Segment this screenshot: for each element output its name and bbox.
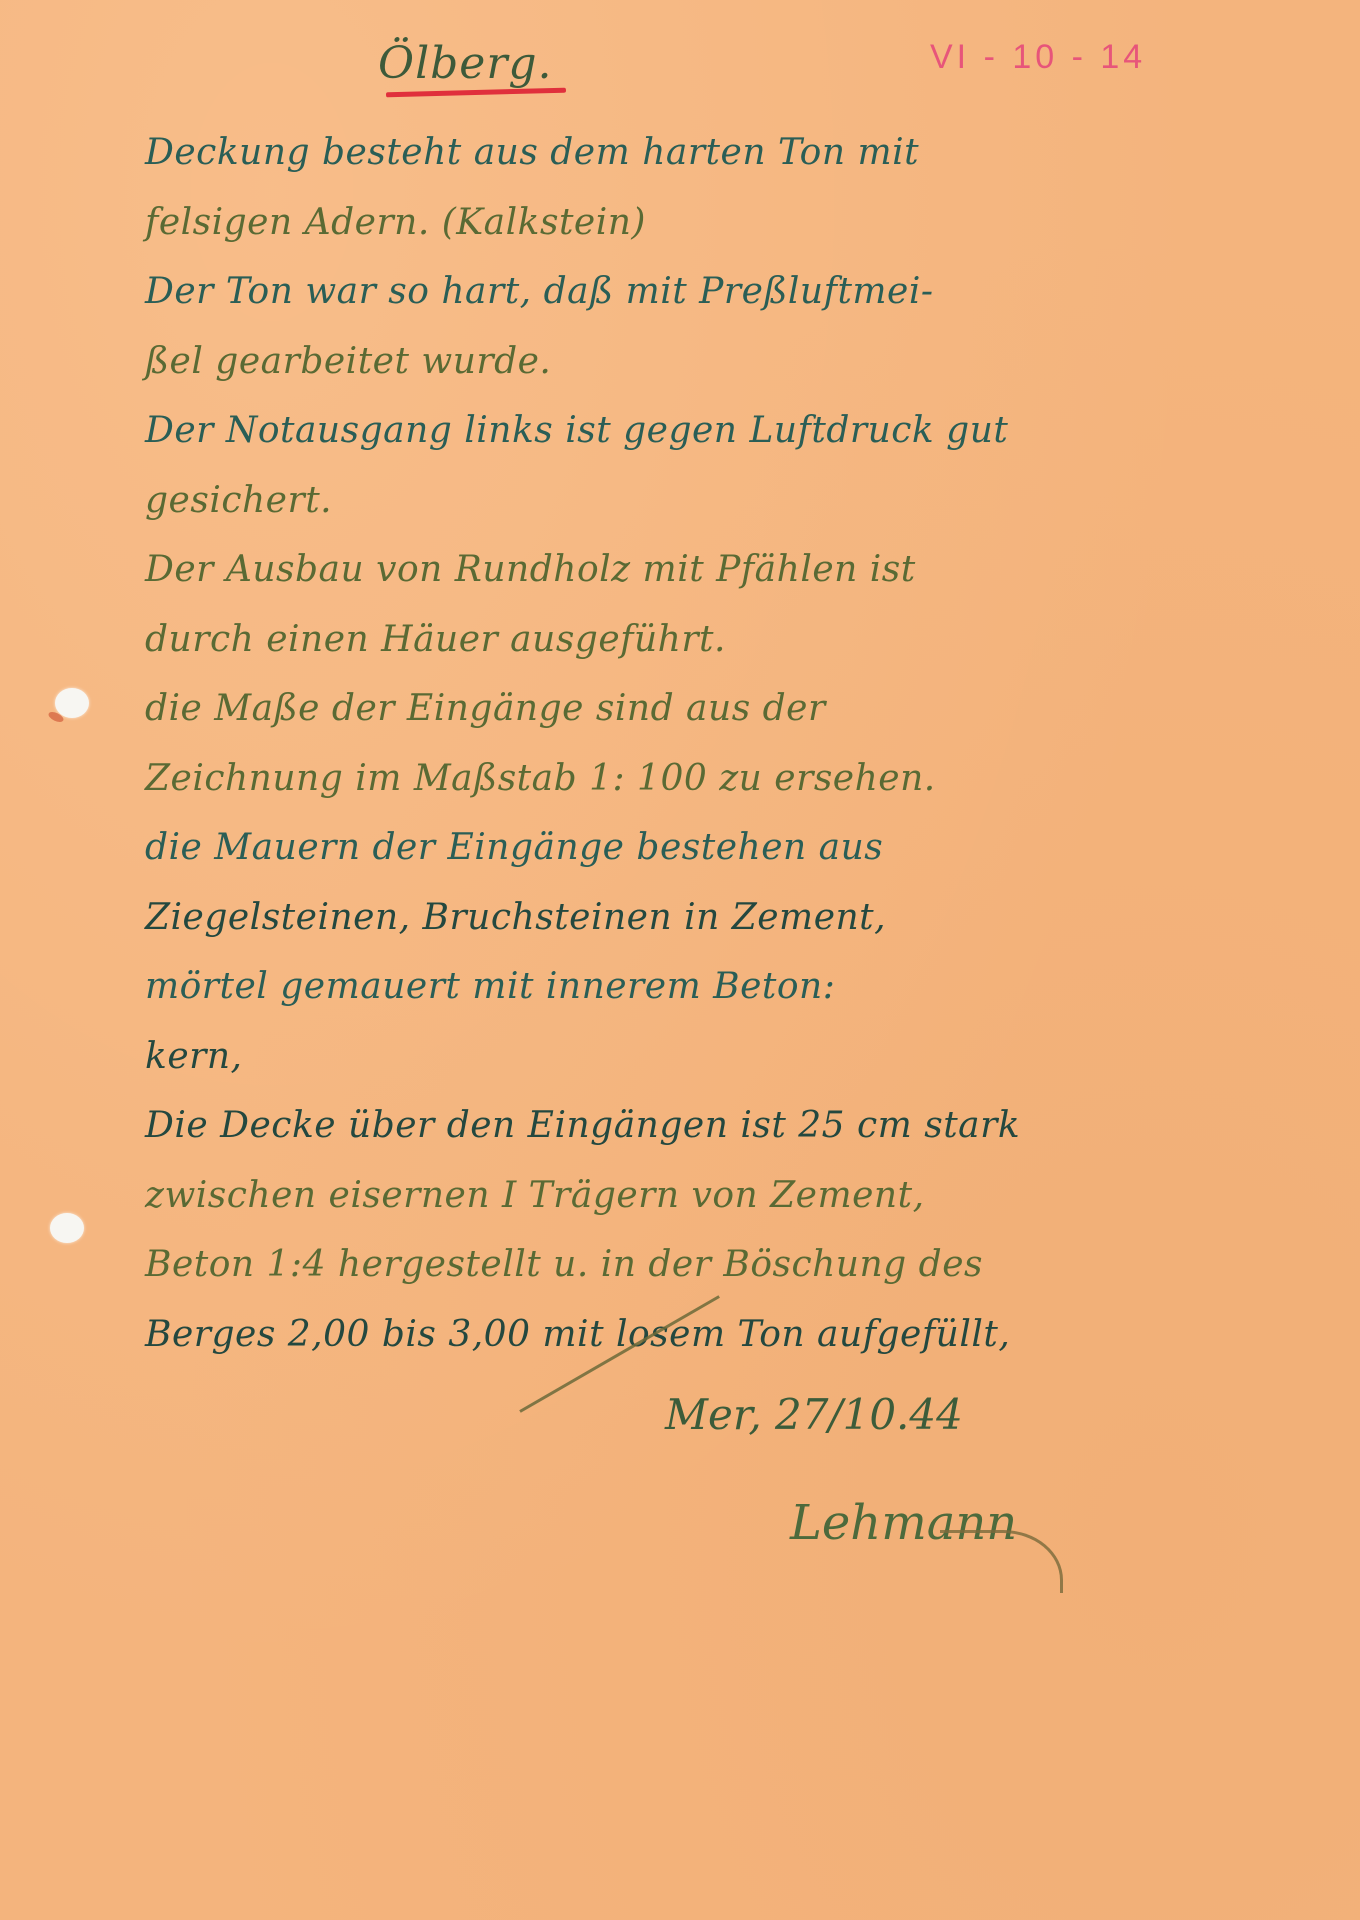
text-line: Zeichnung im Maßstab 1: 100 zu ersehen. (145, 744, 1345, 814)
text-line: die Maße der Eingänge sind aus der (145, 674, 1345, 744)
text-line: Ziegelsteinen, Bruchsteinen in Zement, (145, 883, 1345, 953)
place-date: Mer, 27/10.44 (665, 1390, 963, 1439)
title-underline (386, 88, 566, 98)
text-line: ßel gearbeitet wurde. (145, 327, 1345, 397)
text-line: Beton 1:4 hergestellt u. in der Böschung… (145, 1230, 1345, 1300)
text-line: zwischen eisernen I Trägern von Zement, (145, 1161, 1345, 1231)
document-title: Ölberg. (378, 38, 553, 89)
reference-number: VI - 10 - 14 (930, 38, 1146, 77)
text-line: durch einen Häuer ausgeführt. (145, 605, 1345, 675)
signature-flourish (940, 1530, 1063, 1593)
punch-hole-top (55, 688, 89, 718)
text-line: Der Ausbau von Rundholz mit Pfählen ist (145, 535, 1345, 605)
text-line: Der Notausgang links ist gegen Luftdruck… (145, 396, 1345, 466)
text-line: Berges 2,00 bis 3,00 mit losem Ton aufge… (145, 1300, 1345, 1370)
text-line: gesichert. (145, 466, 1345, 536)
text-line: Die Decke über den Eingängen ist 25 cm s… (145, 1091, 1345, 1161)
text-line: mörtel gemauert mit innerem Beton: (145, 952, 1345, 1022)
text-line: kern, (145, 1022, 1345, 1092)
punch-hole-bottom (50, 1213, 84, 1243)
text-line: die Mauern der Eingänge bestehen aus (145, 813, 1345, 883)
text-line: felsigen Adern. (Kalkstein) (145, 188, 1345, 258)
text-line: Der Ton war so hart, daß mit Preßluftmei… (145, 257, 1345, 327)
document-page: Ölberg. VI - 10 - 14 Deckung besteht aus… (0, 0, 1360, 1920)
handwritten-body: Deckung besteht aus dem harten Ton mit f… (145, 118, 1345, 1369)
text-line: Deckung besteht aus dem harten Ton mit (145, 118, 1345, 188)
